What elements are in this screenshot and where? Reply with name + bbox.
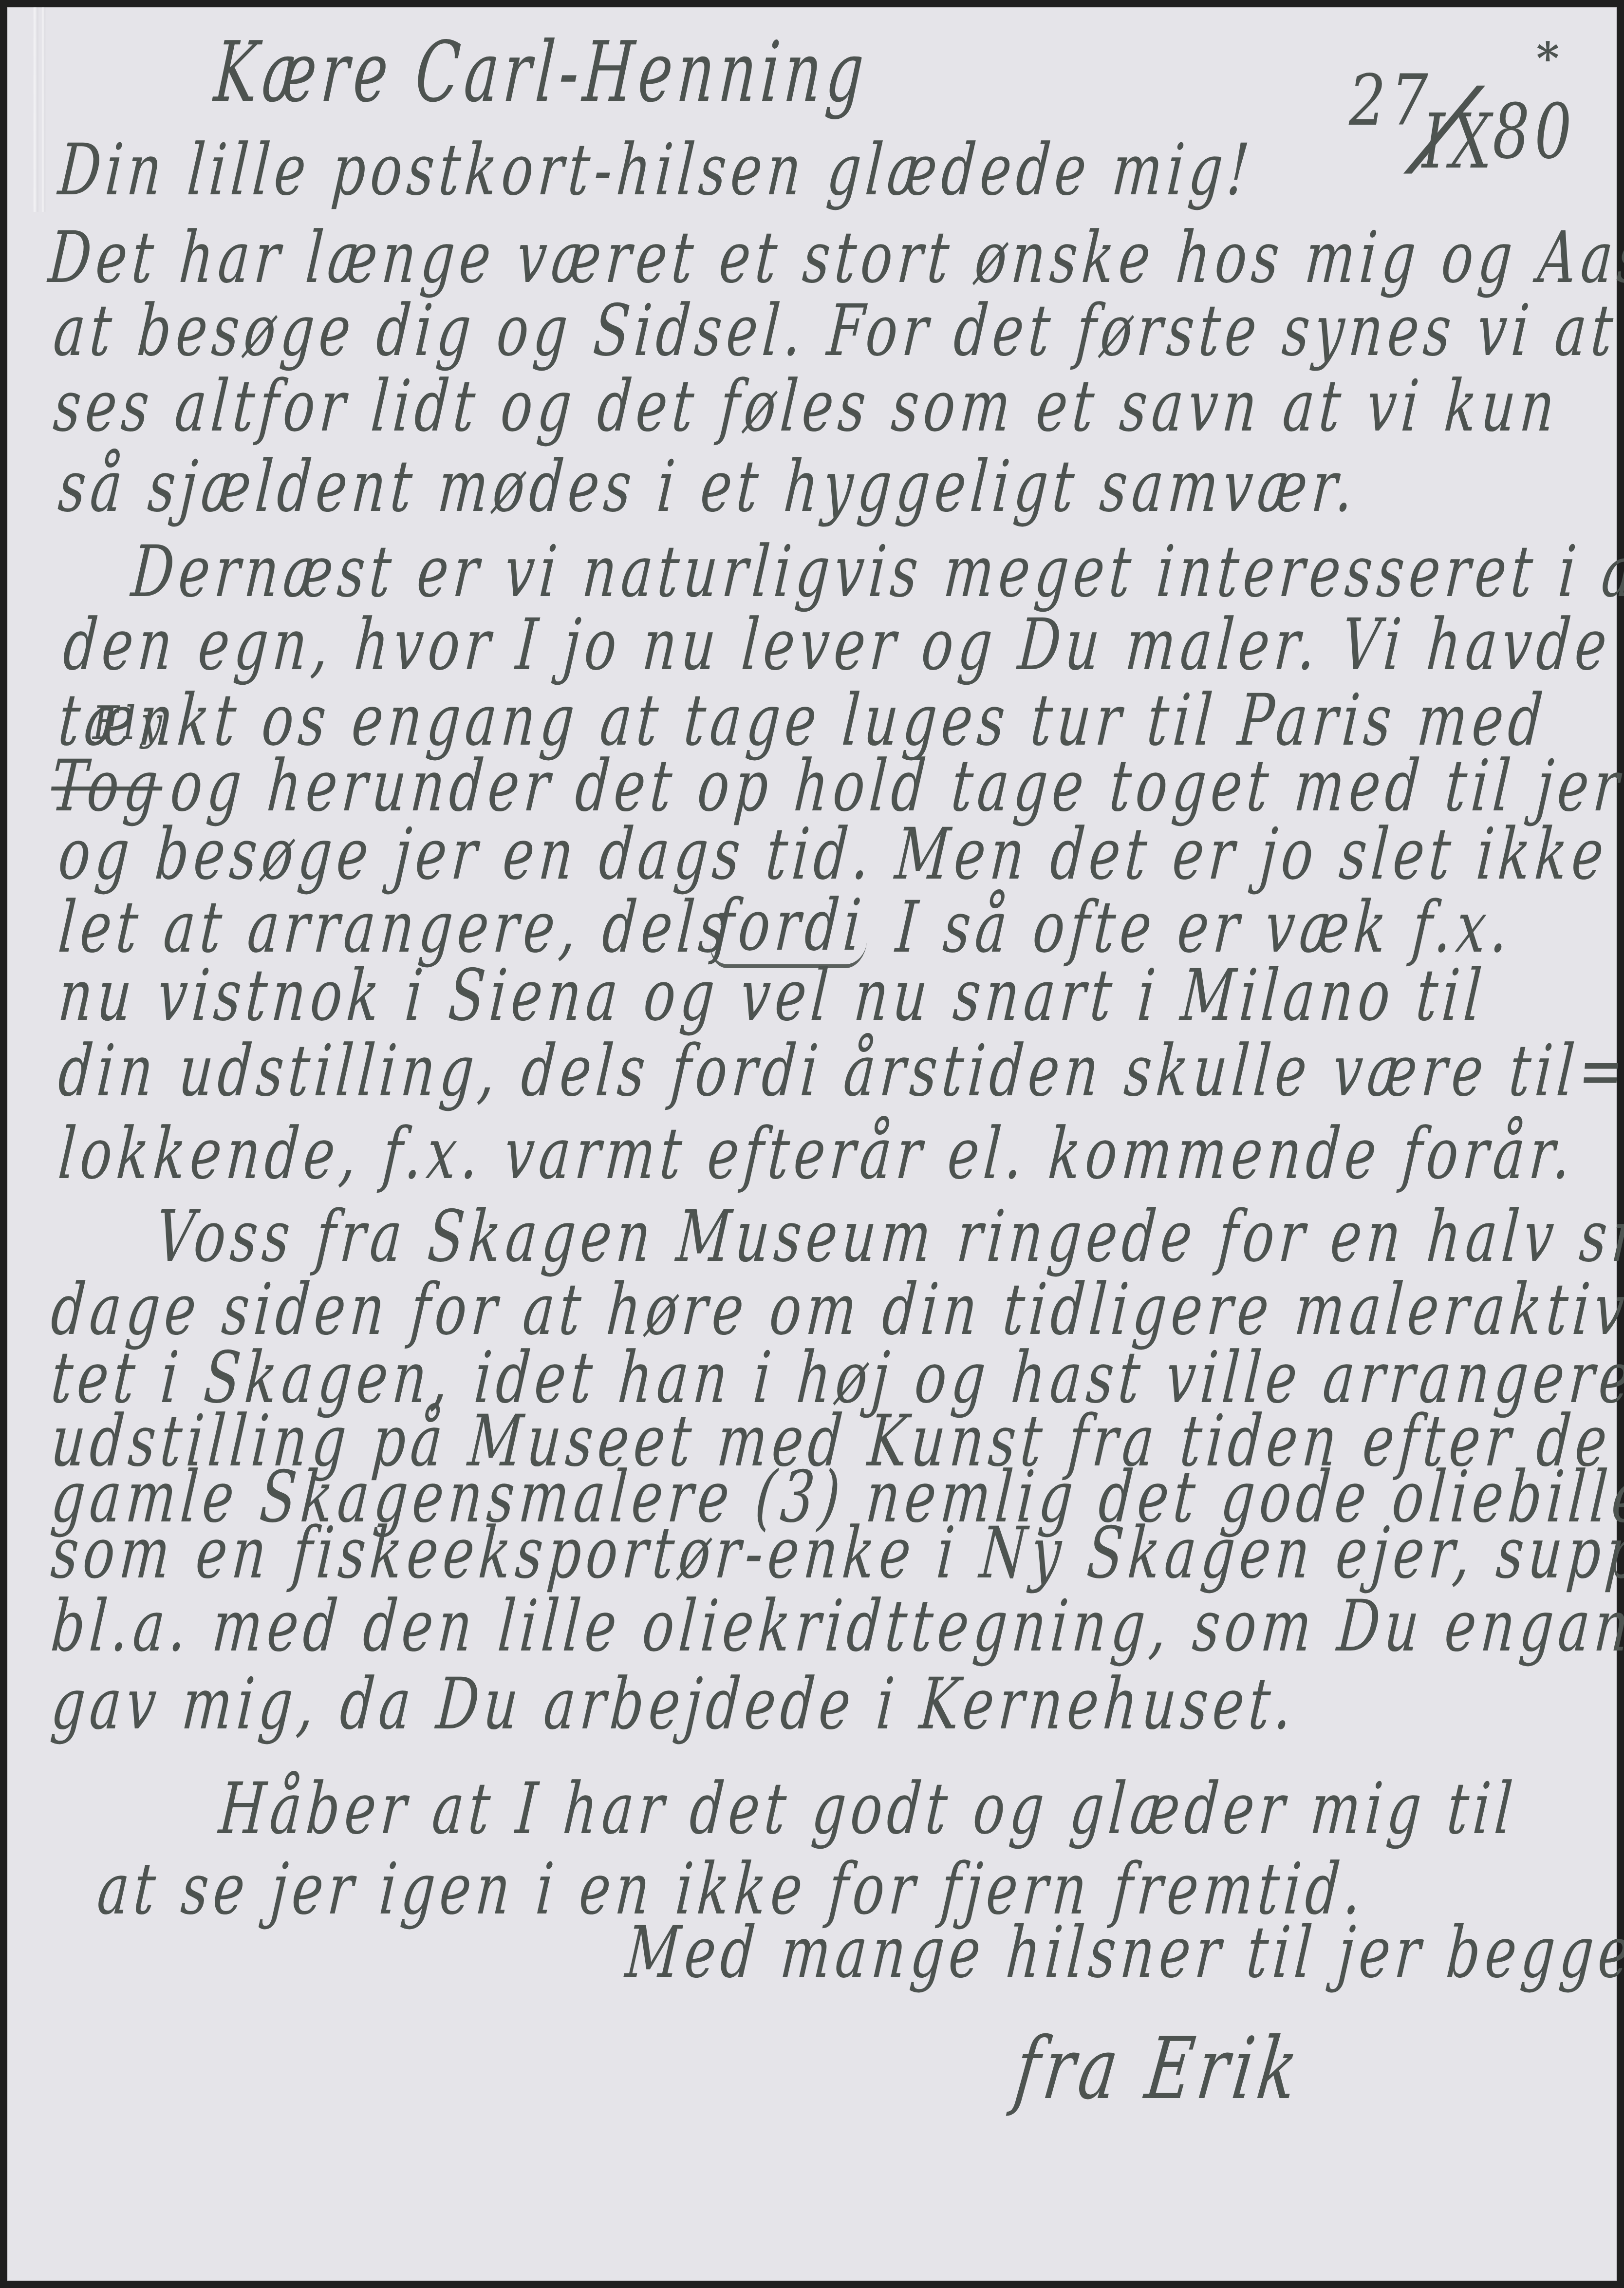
- date-day: 27: [1349, 66, 1433, 136]
- letter-line: og herunder det op hold tage toget med t…: [168, 751, 1624, 822]
- letter-line: ses altfor lidt og det føles som et savn…: [51, 371, 1562, 442]
- date-year: 80: [1493, 94, 1577, 170]
- letter-line: din udstilling, dels fordi årstiden skul…: [56, 1036, 1624, 1107]
- struck-word: Tog: [49, 751, 165, 822]
- inserted-correction: Fly: [93, 701, 167, 747]
- letter-line: Håber at I har det godt og glæder mig ti…: [217, 1774, 1519, 1845]
- date-month: IX: [1422, 104, 1496, 180]
- letter-line: lokkende, f.x. varmt efterår el. kommend…: [56, 1119, 1578, 1190]
- letter-line: nu vistnok i Siena og vel nu snart i Mil…: [56, 960, 1489, 1031]
- letter-line: bl.a. med den lille oliekridttegning, so…: [49, 1591, 1624, 1662]
- letter-line: Dernæst er vi naturligvis meget interess…: [129, 537, 1624, 608]
- letter-line: dage siden for at høre om din tidligere …: [49, 1275, 1624, 1346]
- letter-line: Din lille postkort-hilsen glædede mig!: [56, 135, 1256, 206]
- letter-line: den egn, hvor I jo nu lever og Du maler.…: [61, 610, 1614, 681]
- letter-page: * 27 / IX 80 Kære Carl-Henning Din lille…: [7, 7, 1617, 2281]
- signature: fra Erik: [1010, 2026, 1307, 2112]
- letter-line: og besøge jer en dags tid. Men det er jo…: [56, 819, 1624, 890]
- letter-line: så sjældent mødes i et hyggeligt samvær.: [56, 451, 1361, 523]
- letter-line: som en fiskeeksportør-enke i Ny Skagen e…: [49, 1518, 1624, 1589]
- letter-line: Det har længe været et stort ønske hos m…: [46, 223, 1624, 294]
- letter-line: gav mig, da Du arbejdede i Kernehuset.: [49, 1669, 1299, 1740]
- letter-line: Voss fra Skagen Museum ringede for en ha…: [153, 1201, 1624, 1273]
- paper-fold-crease: [41, 7, 46, 212]
- corner-asterisk-mark: *: [1536, 37, 1564, 80]
- closing-greeting: Med mange hilsner til jer begge: [623, 1917, 1624, 1988]
- letter-line: I så ofte er væk f.x.: [894, 892, 1515, 963]
- letter-line: at besøge dig og Sidsel. For det første …: [51, 296, 1624, 367]
- paper-fold-crease: [33, 7, 39, 212]
- letter-line: let at arrangere, dels: [56, 892, 734, 963]
- salutation: Kære Carl-Henning: [212, 30, 871, 113]
